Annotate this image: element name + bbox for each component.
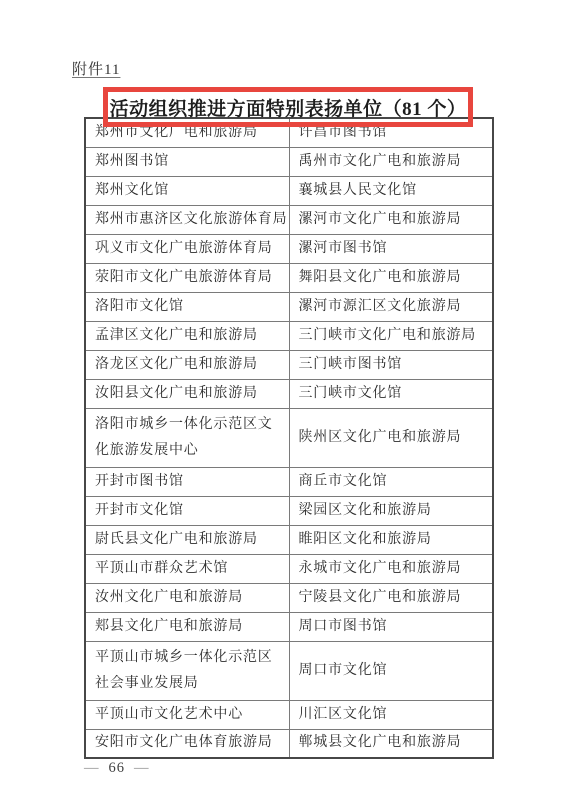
table-cell: 荥阳市文化广电旅游体育局: [85, 263, 289, 292]
table-cell: 开封市图书馆: [85, 467, 289, 496]
table-cell: 漯河市源汇区文化旅游局: [289, 292, 493, 321]
table-cell: 襄城县人民文化馆: [289, 176, 493, 205]
table-row: 郑州市惠济区文化旅游体育局漯河市文化广电和旅游局: [85, 205, 493, 234]
table-cell: 郸城县文化广电和旅游局: [289, 729, 493, 758]
table-row: 平顶山市城乡一体化示范区社会事业发展局周口市文化馆: [85, 641, 493, 700]
table-cell: 郑州市惠济区文化旅游体育局: [85, 205, 289, 234]
table-cell: 宁陵县文化广电和旅游局: [289, 583, 493, 612]
table-cell: 安阳市文化广电体育旅游局: [85, 729, 289, 758]
table-row: 安阳市文化广电体育旅游局郸城县文化广电和旅游局: [85, 729, 493, 758]
table-cell: 平顶山市文化艺术中心: [85, 700, 289, 729]
table-cell: 郏县文化广电和旅游局: [85, 612, 289, 641]
table-row: 巩义市文化广电旅游体育局漯河市图书馆: [85, 234, 493, 263]
document-title: 活动组织推进方面特别表扬单位（81 个）: [110, 94, 467, 121]
table-cell: 开封市文化馆: [85, 496, 289, 525]
footer-left-dash: —: [84, 760, 100, 777]
attachment-label: 附件11: [72, 58, 120, 79]
table-row: 洛阳市文化馆漯河市源汇区文化旅游局: [85, 292, 493, 321]
table-cell: 平顶山市群众艺术馆: [85, 554, 289, 583]
award-table-body: 郑州市文化广电和旅游局许昌市图书馆郑州图书馆禹州市文化广电和旅游局郑州文化馆襄城…: [85, 118, 493, 758]
table-cell: 永城市文化广电和旅游局: [289, 554, 493, 583]
table-row: 洛阳市城乡一体化示范区文化旅游发展中心陕州区文化广电和旅游局: [85, 408, 493, 467]
table-cell: 陕州区文化广电和旅游局: [289, 408, 493, 467]
table-cell: 周口市图书馆: [289, 612, 493, 641]
table-row: 孟津区文化广电和旅游局三门峡市文化广电和旅游局: [85, 321, 493, 350]
table-cell: 漯河市图书馆: [289, 234, 493, 263]
table-row: 汝阳县文化广电和旅游局三门峡市文化馆: [85, 379, 493, 408]
table-row: 郑州图书馆禹州市文化广电和旅游局: [85, 147, 493, 176]
table-cell: 洛阳市文化馆: [85, 292, 289, 321]
table-cell: 睢阳区文化和旅游局: [289, 525, 493, 554]
table-row: 郏县文化广电和旅游局周口市图书馆: [85, 612, 493, 641]
table-cell: 漯河市文化广电和旅游局: [289, 205, 493, 234]
table-cell: 巩义市文化广电旅游体育局: [85, 234, 289, 263]
table-cell: 汝州文化广电和旅游局: [85, 583, 289, 612]
table-row: 平顶山市文化艺术中心川汇区文化馆: [85, 700, 493, 729]
page-number: 66: [109, 760, 126, 777]
table-row: 洛龙区文化广电和旅游局三门峡市图书馆: [85, 350, 493, 379]
table-cell: 洛龙区文化广电和旅游局: [85, 350, 289, 379]
table-cell: 三门峡市图书馆: [289, 350, 493, 379]
table-cell: 平顶山市城乡一体化示范区社会事业发展局: [85, 641, 289, 700]
page-footer: — 66 —: [84, 760, 150, 777]
table-row: 尉氏县文化广电和旅游局睢阳区文化和旅游局: [85, 525, 493, 554]
table-row: 开封市图书馆商丘市文化馆: [85, 467, 493, 496]
table-cell: 禹州市文化广电和旅游局: [289, 147, 493, 176]
footer-right-dash: —: [134, 760, 150, 777]
table-cell: 商丘市文化馆: [289, 467, 493, 496]
table-cell: 孟津区文化广电和旅游局: [85, 321, 289, 350]
table-row: 荥阳市文化广电旅游体育局舞阳县文化广电和旅游局: [85, 263, 493, 292]
table-cell: 郑州文化馆: [85, 176, 289, 205]
table-cell: 郑州图书馆: [85, 147, 289, 176]
table-cell: 川汇区文化馆: [289, 700, 493, 729]
table-cell: 三门峡市文化馆: [289, 379, 493, 408]
table-row: 汝州文化广电和旅游局宁陵县文化广电和旅游局: [85, 583, 493, 612]
table-cell: 汝阳县文化广电和旅游局: [85, 379, 289, 408]
document-page: 附件11 活动组织推进方面特别表扬单位（81 个） 郑州市文化广电和旅游局许昌市…: [0, 0, 577, 803]
table-cell: 周口市文化馆: [289, 641, 493, 700]
table-cell: 梁园区文化和旅游局: [289, 496, 493, 525]
table-cell: 三门峡市文化广电和旅游局: [289, 321, 493, 350]
table-row: 开封市文化馆梁园区文化和旅游局: [85, 496, 493, 525]
table-cell: 舞阳县文化广电和旅游局: [289, 263, 493, 292]
table-row: 郑州文化馆襄城县人民文化馆: [85, 176, 493, 205]
award-table: 郑州市文化广电和旅游局许昌市图书馆郑州图书馆禹州市文化广电和旅游局郑州文化馆襄城…: [84, 117, 494, 759]
table-cell: 洛阳市城乡一体化示范区文化旅游发展中心: [85, 408, 289, 467]
table-cell: 尉氏县文化广电和旅游局: [85, 525, 289, 554]
title-highlight-box: 活动组织推进方面特别表扬单位（81 个）: [103, 87, 473, 127]
table-row: 平顶山市群众艺术馆永城市文化广电和旅游局: [85, 554, 493, 583]
